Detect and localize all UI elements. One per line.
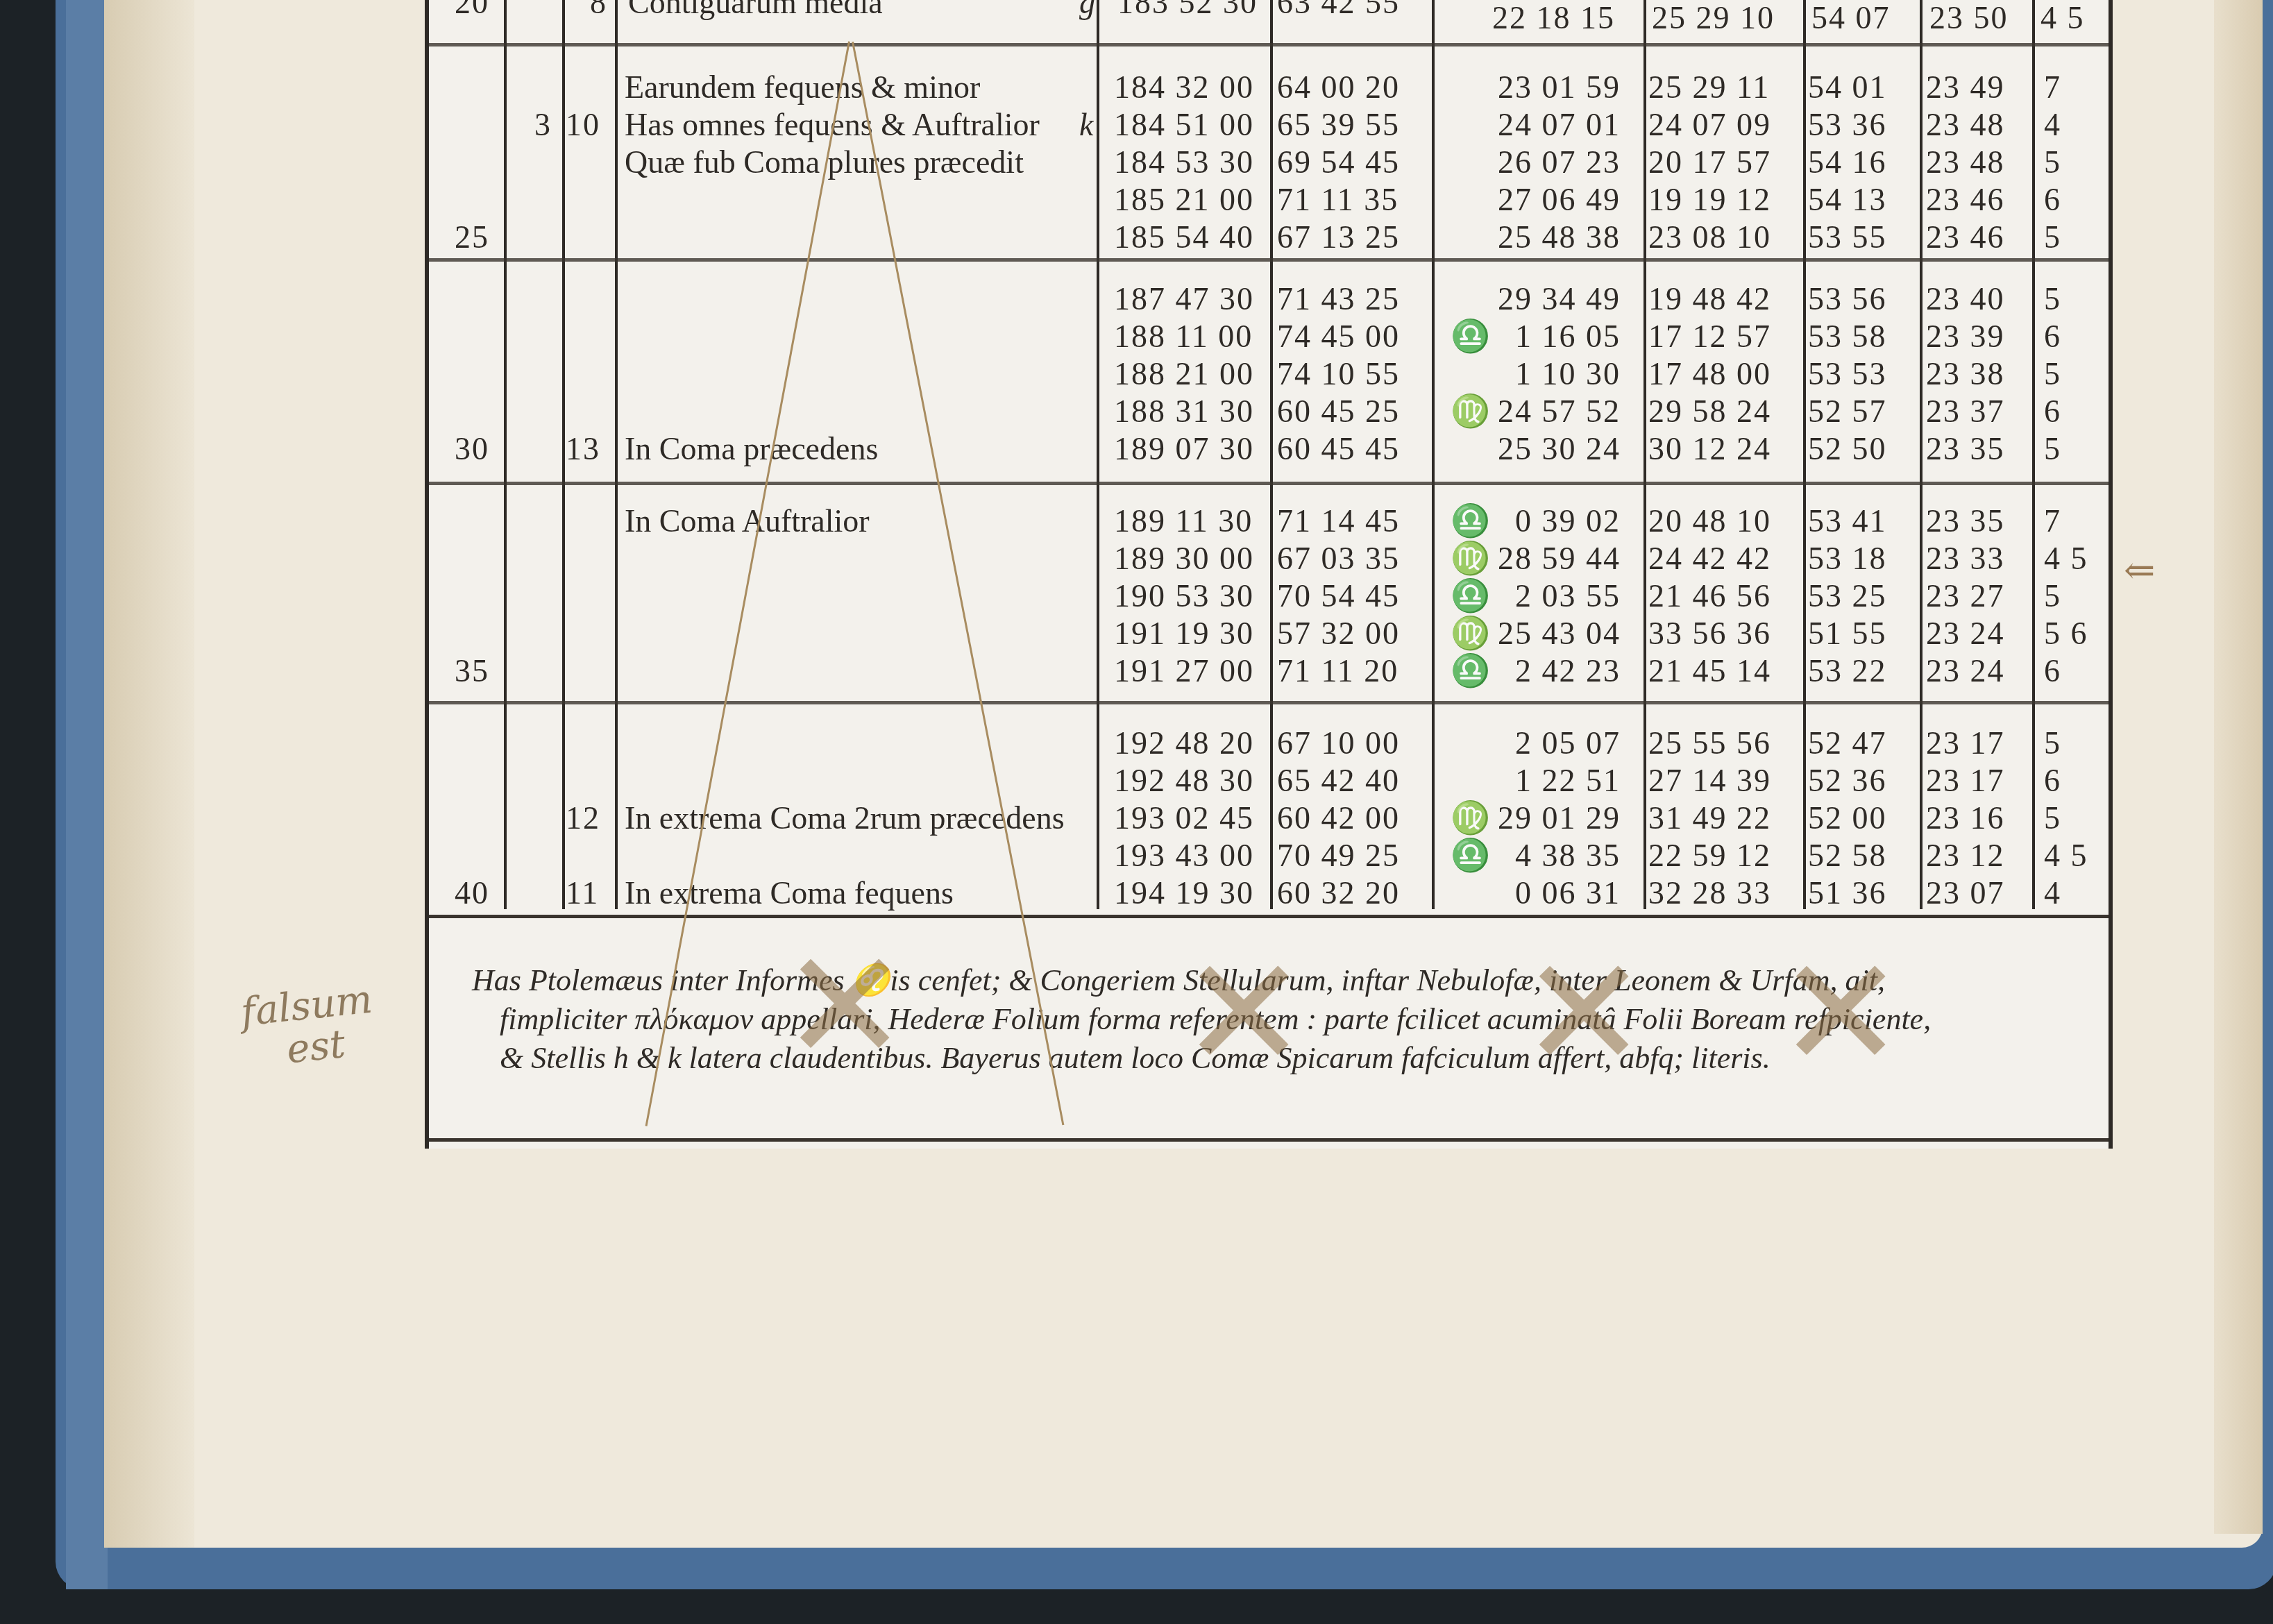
column-divider [562, 0, 565, 909]
cell-c5: 53 58 [1808, 319, 1887, 355]
cell-z-lon: 2 03 55 [1485, 578, 1621, 614]
cell-z-lon: 24 07 01 [1485, 107, 1621, 143]
cell-z-lat: 29 58 24 [1648, 394, 1771, 430]
handwritten-margin-note: falsum est [239, 979, 378, 1075]
row-mag: 4 5 [2040, 0, 2085, 36]
cell-lon: 189 11 30 [1114, 503, 1253, 539]
cell-lon: 189 30 00 [1114, 541, 1254, 577]
cell-description: Earundem fequens & minor [625, 69, 980, 105]
row-c6: 23 50 [1929, 0, 2009, 36]
cell-mag: 7 [2044, 503, 2061, 539]
cell-z-lon: 2 42 23 [1485, 653, 1621, 689]
cell-lat: 74 45 00 [1277, 319, 1400, 355]
cell-description: In Coma præcedens [625, 431, 878, 467]
cell-c6: 23 27 [1926, 578, 2005, 614]
cell-mag: 5 [2044, 431, 2061, 467]
cell-c6: 23 17 [1926, 763, 2005, 799]
cell-c5: 53 18 [1808, 541, 1887, 577]
cell-z-lon: 1 16 05 [1485, 319, 1621, 355]
cell-lon: 191 19 30 [1114, 616, 1254, 652]
strike-x-mark: ✕ [1520, 937, 1648, 1090]
cell-z-lon: 28 59 44 [1485, 541, 1621, 577]
cell-z-lon: 2 05 07 [1485, 725, 1621, 761]
cell-lon: 191 27 00 [1114, 653, 1254, 689]
cell-c6: 23 12 [1926, 838, 2005, 874]
cell-lat: 70 49 25 [1277, 838, 1400, 874]
cell-mag: 5 [2044, 356, 2061, 392]
group-separator [429, 482, 2109, 485]
row-lon: 183 52 30 [1117, 0, 1258, 21]
cell-lat: 65 42 40 [1277, 763, 1400, 799]
cell-z-lat: 24 07 09 [1648, 107, 1771, 143]
cell-c6: 23 24 [1926, 653, 2005, 689]
cell-lon: 184 32 00 [1114, 69, 1254, 105]
cell-z-lon: 1 10 30 [1485, 356, 1621, 392]
column-divider [1270, 0, 1273, 909]
cell-lon: 184 51 00 [1114, 107, 1254, 143]
cell-mag: 6 [2044, 763, 2061, 799]
cell-description: In extrema Coma 2rum præcedens [625, 800, 1065, 836]
cell-z-lon: 4 38 35 [1485, 838, 1621, 874]
cell-mag: 4 5 [2044, 838, 2088, 874]
cell-lat: 64 00 20 [1277, 69, 1400, 105]
cell-lat: 57 32 00 [1277, 616, 1400, 652]
cell-c6: 23 40 [1926, 281, 2005, 317]
cell-lat: 67 03 35 [1277, 541, 1400, 577]
cell-mag: 5 6 [2044, 616, 2088, 652]
cell-mag: 5 [2044, 144, 2061, 180]
group-separator [429, 43, 2109, 46]
cell-z-lat: 30 12 24 [1648, 431, 1771, 467]
cell-lat: 69 54 45 [1277, 144, 1400, 180]
cell-lon: 188 21 00 [1114, 356, 1254, 392]
cell-c5: 52 58 [1808, 838, 1887, 874]
cell-z-lon: 25 30 24 [1485, 431, 1621, 467]
cell-c5: 52 47 [1808, 725, 1887, 761]
group-separator [429, 701, 2109, 704]
cell-z-lat: 17 48 00 [1648, 356, 1771, 392]
cell-lat: 67 13 25 [1277, 219, 1400, 255]
row-lat: 63 42 55 [1277, 0, 1400, 21]
cell-z-lat: 25 29 11 [1648, 69, 1770, 105]
cell-lon: 184 53 30 [1114, 144, 1254, 180]
cell-c5: 52 00 [1808, 800, 1887, 836]
cell-index: 25 [455, 219, 489, 255]
cell-z-lon: 0 39 02 [1485, 503, 1621, 539]
row-letter: g [1079, 0, 1095, 21]
cell-description: In extrema Coma fequens [625, 875, 954, 911]
cell-c5: 52 57 [1808, 394, 1887, 430]
cell-lon: 190 53 30 [1114, 578, 1254, 614]
column-divider [1803, 0, 1806, 909]
cell-lat: 65 39 55 [1277, 107, 1400, 143]
cell-z-lat: 22 59 12 [1648, 838, 1771, 874]
cell-z-lon: 29 01 29 [1485, 800, 1621, 836]
cell-c6: 23 07 [1926, 875, 2005, 911]
book-cover-spine-edge [66, 0, 108, 1589]
cell-c5: 54 16 [1808, 144, 1887, 180]
column-divider [2032, 0, 2035, 909]
cell-mag: 6 [2044, 653, 2061, 689]
cell-mag: 4 5 [2044, 541, 2088, 577]
cell-z-lat: 21 46 56 [1648, 578, 1771, 614]
cell-lon: 188 31 30 [1114, 394, 1254, 430]
cell-c5: 53 55 [1808, 219, 1887, 255]
cell-z-lat: 21 45 14 [1648, 653, 1771, 689]
strike-x-mark: ✕ [1180, 937, 1308, 1090]
cell-c6: 23 24 [1926, 616, 2005, 652]
cell-col3: 13 [566, 431, 600, 467]
cell-mag: 4 [2044, 107, 2061, 143]
cell-c5: 52 50 [1808, 431, 1887, 467]
cell-z-lat: 20 48 10 [1648, 503, 1771, 539]
cell-lat: 74 10 55 [1277, 356, 1400, 392]
cell-lat: 70 54 45 [1277, 578, 1400, 614]
page-right-edge [2214, 0, 2263, 1534]
cell-c5: 53 22 [1808, 653, 1887, 689]
cell-z-lon: 25 48 38 [1485, 219, 1621, 255]
cell-z-lon: 27 06 49 [1485, 182, 1621, 218]
cell-mag: 4 [2044, 875, 2061, 911]
cell-c6: 23 49 [1926, 69, 2005, 105]
cell-z-lat: 20 17 57 [1648, 144, 1771, 180]
cell-c5: 54 13 [1808, 182, 1887, 218]
strike-x-mark: ✕ [781, 930, 909, 1083]
cell-c6: 23 33 [1926, 541, 2005, 577]
cell-lon: 193 02 45 [1114, 800, 1254, 836]
cell-col3: 12 [566, 800, 600, 836]
cell-c5: 51 36 [1808, 875, 1887, 911]
row-index: 20 [455, 0, 489, 21]
cell-z-lon: 25 43 04 [1485, 616, 1621, 652]
cell-mag: 6 [2044, 182, 2061, 218]
cell-lat: 67 10 00 [1277, 725, 1400, 761]
cell-description: In Coma Auftralior [625, 503, 870, 539]
cell-lat: 60 45 25 [1277, 394, 1400, 430]
cell-c6: 23 46 [1926, 219, 2005, 255]
cell-c6: 23 35 [1926, 431, 2005, 467]
cell-z-lat: 31 49 22 [1648, 800, 1771, 836]
cell-z-lat: 24 42 42 [1648, 541, 1771, 577]
cell-lat: 60 42 00 [1277, 800, 1400, 836]
cell-z-lat: 19 19 12 [1648, 182, 1771, 218]
column-divider [1097, 0, 1099, 909]
cell-mag: 5 [2044, 578, 2061, 614]
cell-z-lat: 19 48 42 [1648, 281, 1771, 317]
cell-c6: 23 38 [1926, 356, 2005, 392]
cell-lon: 192 48 20 [1114, 725, 1254, 761]
cell-col3: 11 [566, 875, 599, 911]
cell-mag: 6 [2044, 394, 2061, 430]
cell-c6: 23 48 [1926, 107, 2005, 143]
cell-lon: 185 21 00 [1114, 182, 1254, 218]
cell-lon: 193 43 00 [1114, 838, 1254, 874]
table-bottom-rule [429, 915, 2109, 918]
cell-c6: 23 48 [1926, 144, 2005, 180]
cell-col2: 3 [534, 107, 552, 143]
cell-z-lon: 23 01 59 [1485, 69, 1621, 105]
cell-lat: 60 32 20 [1277, 875, 1400, 911]
cell-lon: 187 47 30 [1114, 281, 1254, 317]
cell-col3: 10 [566, 107, 600, 143]
cell-z-lon: 26 07 23 [1485, 144, 1621, 180]
column-divider [615, 0, 618, 909]
cell-mag: 5 [2044, 725, 2061, 761]
cell-mag: 6 [2044, 319, 2061, 355]
row-z-lon: 22 18 15 [1492, 0, 1615, 36]
cell-lon: 192 48 30 [1114, 763, 1254, 799]
cell-c5: 52 36 [1808, 763, 1887, 799]
cell-index: 30 [455, 431, 489, 467]
cell-c5: 51 55 [1808, 616, 1887, 652]
cell-z-lon: 0 06 31 [1485, 875, 1621, 911]
cell-c6: 23 46 [1926, 182, 2005, 218]
cell-mag: 5 [2044, 281, 2061, 317]
cell-z-lon: 1 22 51 [1485, 763, 1621, 799]
cell-index: 35 [455, 653, 489, 689]
cell-index: 40 [455, 875, 489, 911]
row-z-lat: 25 29 10 [1652, 0, 1775, 36]
cell-c6: 23 35 [1926, 503, 2005, 539]
page-gutter [104, 0, 194, 1548]
row-mag-left: 8 [590, 0, 607, 21]
cell-c6: 23 17 [1926, 725, 2005, 761]
cell-c6: 23 37 [1926, 394, 2005, 430]
cell-mag: 7 [2044, 69, 2061, 105]
cell-letter: k [1079, 107, 1093, 143]
cell-c5: 54 01 [1808, 69, 1887, 105]
cell-z-lat: 32 28 33 [1648, 875, 1771, 911]
cell-mag: 5 [2044, 800, 2061, 836]
cell-c5: 53 36 [1808, 107, 1887, 143]
cell-lon: 188 11 00 [1114, 319, 1253, 355]
cell-c5: 53 53 [1808, 356, 1887, 392]
cell-mag: 5 [2044, 219, 2061, 255]
cell-z-lat: 23 08 10 [1648, 219, 1771, 255]
cell-lat: 71 43 25 [1277, 281, 1400, 317]
cell-z-lon: 29 34 49 [1485, 281, 1621, 317]
cell-lon: 185 54 40 [1114, 219, 1254, 255]
column-divider [1644, 0, 1646, 909]
cell-z-lat: 25 55 56 [1648, 725, 1771, 761]
group-separator [429, 258, 2109, 262]
cell-z-lat: 27 14 39 [1648, 763, 1771, 799]
cell-lat: 60 45 45 [1277, 431, 1400, 467]
column-divider [504, 0, 507, 909]
cell-z-lat: 33 56 36 [1648, 616, 1771, 652]
cell-lat: 71 11 20 [1277, 653, 1399, 689]
row-c5: 54 07 [1811, 0, 1891, 36]
cell-z-lon: 24 57 52 [1485, 394, 1621, 430]
cell-lat: 71 11 35 [1277, 182, 1399, 218]
cell-c6: 23 16 [1926, 800, 2005, 836]
column-divider [1920, 0, 1923, 909]
cell-lat: 71 14 45 [1277, 503, 1400, 539]
cell-lon: 189 07 30 [1114, 431, 1254, 467]
cell-lon: 194 19 30 [1114, 875, 1254, 911]
strike-x-mark: ✕ [1777, 937, 1904, 1090]
column-divider [1432, 0, 1435, 909]
cell-c5: 53 41 [1808, 503, 1887, 539]
cell-c5: 53 25 [1808, 578, 1887, 614]
row-description: Contiguarum media [628, 0, 883, 21]
footnote-bottom-rule [429, 1138, 2109, 1142]
cell-c6: 23 39 [1926, 319, 2005, 355]
handwritten-arrow-icon: ⇐ [2124, 548, 2155, 592]
cell-c5: 53 56 [1808, 281, 1887, 317]
cell-z-lat: 17 12 57 [1648, 319, 1771, 355]
